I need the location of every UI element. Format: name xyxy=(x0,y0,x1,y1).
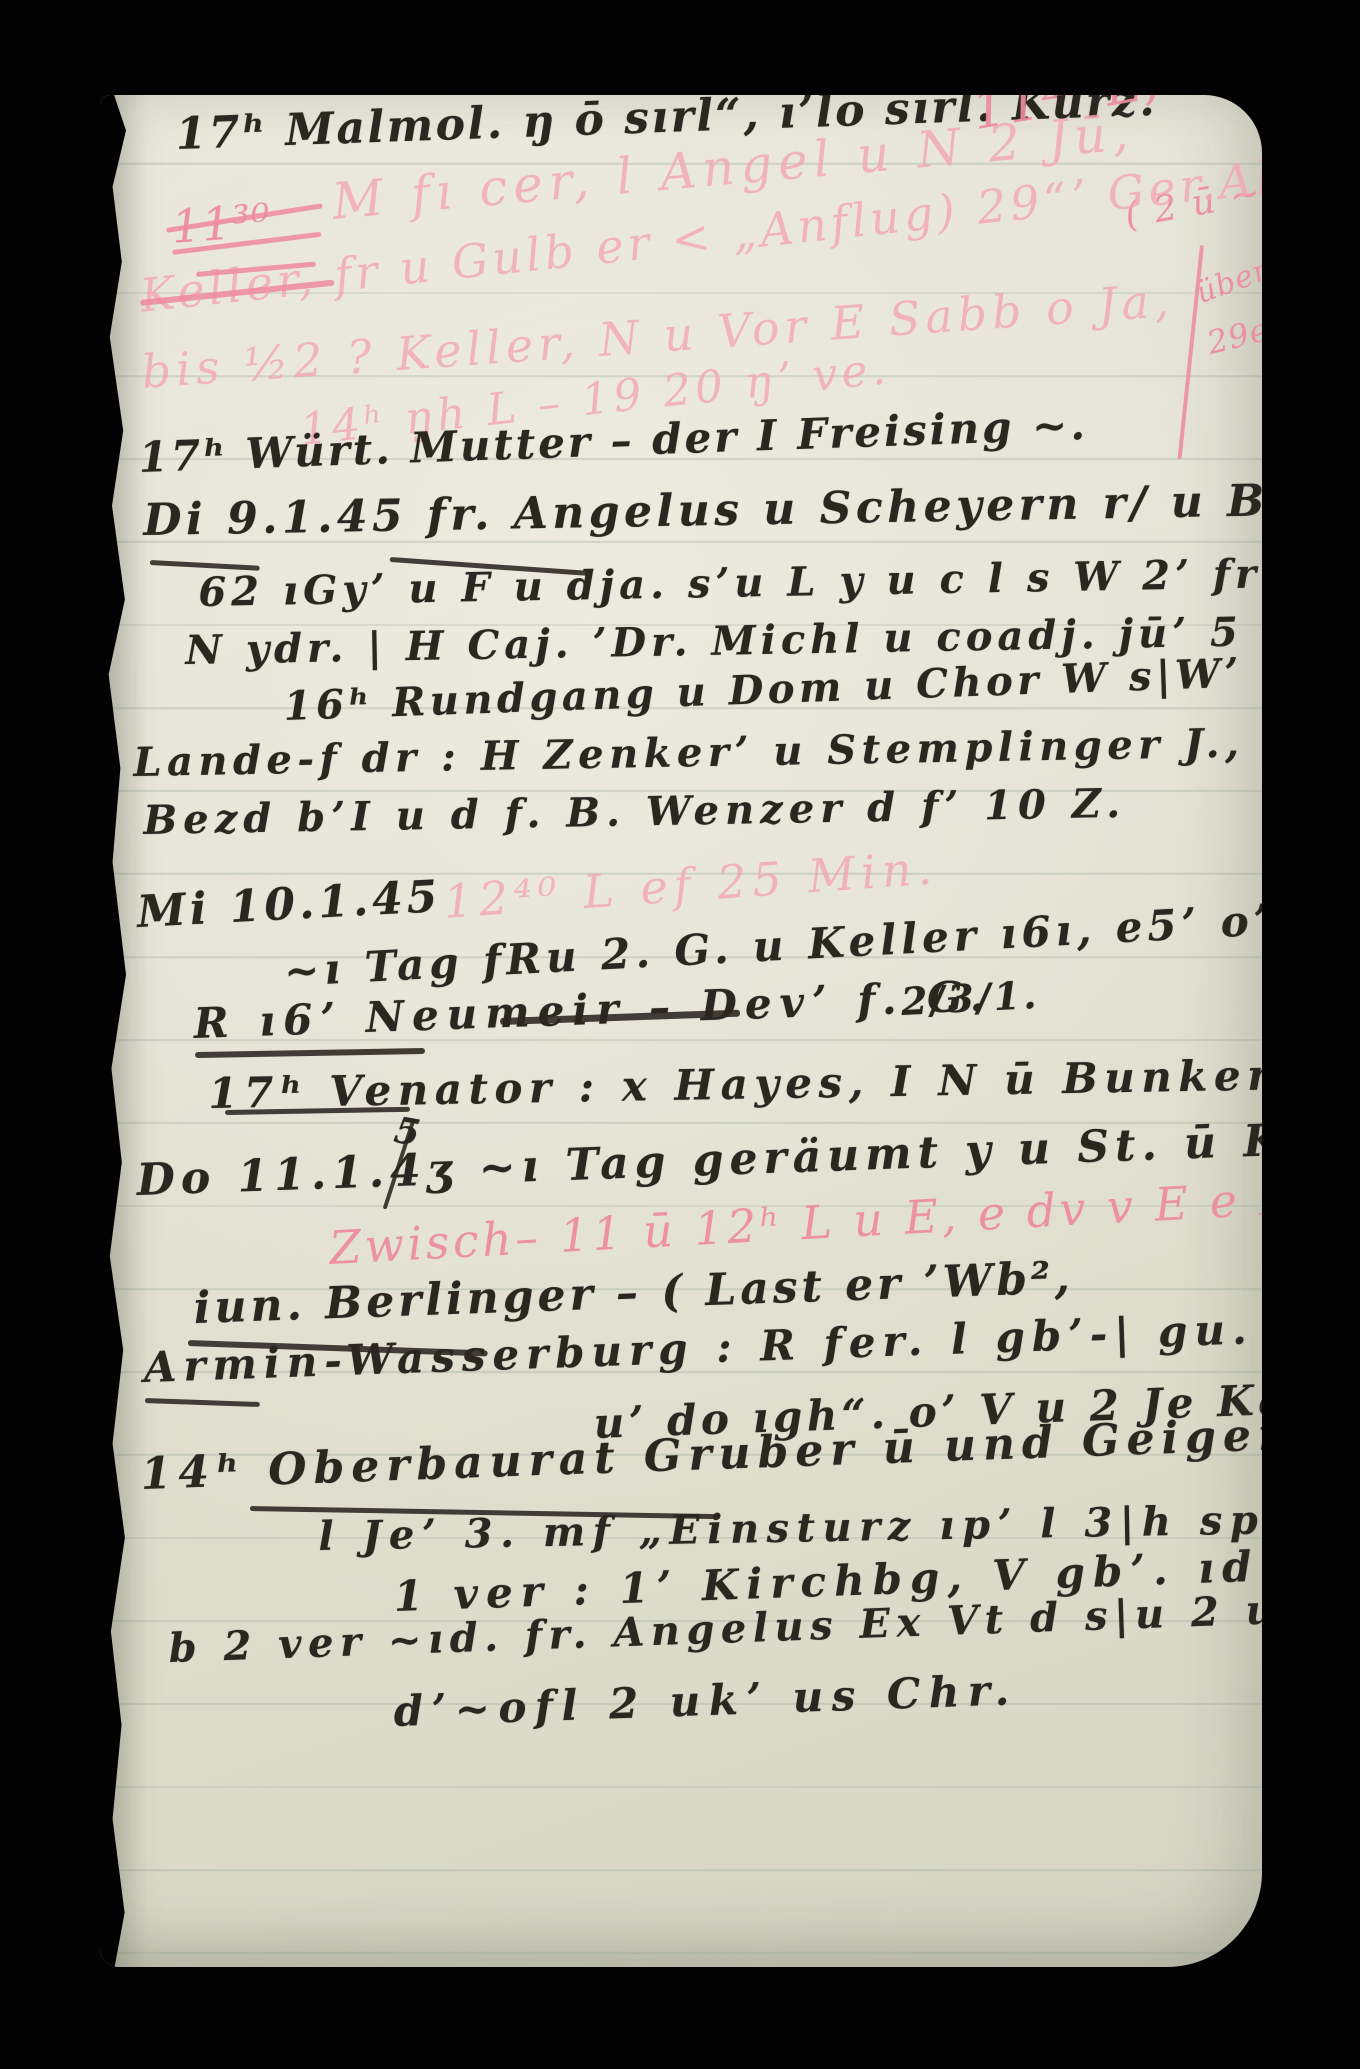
handwriting-line: Di 9.1.45 fr. Angelus u Scheyern r/ u Be… xyxy=(143,474,1262,544)
underline-armin-stroke xyxy=(145,1398,260,1407)
handwriting-line: Mi 10.1.45 xyxy=(136,874,442,936)
handwriting-line: 62 ıGyʼ u F u dja. sʼu L y u c l s W 2ʼ … xyxy=(198,549,1262,614)
torn-left-edge xyxy=(100,95,126,1967)
handwriting-line: dʼ~ofl 2 ukʼ us Chr. xyxy=(393,1668,1018,1734)
underline-neumeir-stroke xyxy=(195,1048,425,1058)
handwriting-line: 12⁴⁰ L ef 25 Min. xyxy=(442,843,939,926)
handwriting-line: über xyxy=(1192,254,1262,309)
handwriting-line: Bezd bʼI u d f. B. Wenzer d fʼ 10 Z. xyxy=(143,783,1127,842)
handwriting-line: 29ea xyxy=(1204,308,1262,361)
scan-background: 17ʰ Malmol. ŋ ō sırl“, ıʼlo sırl. Kurz.1… xyxy=(0,0,1360,2069)
notebook-page: 17ʰ Malmol. ŋ ō sırl“, ıʼlo sırl. Kurz.1… xyxy=(100,95,1262,1967)
